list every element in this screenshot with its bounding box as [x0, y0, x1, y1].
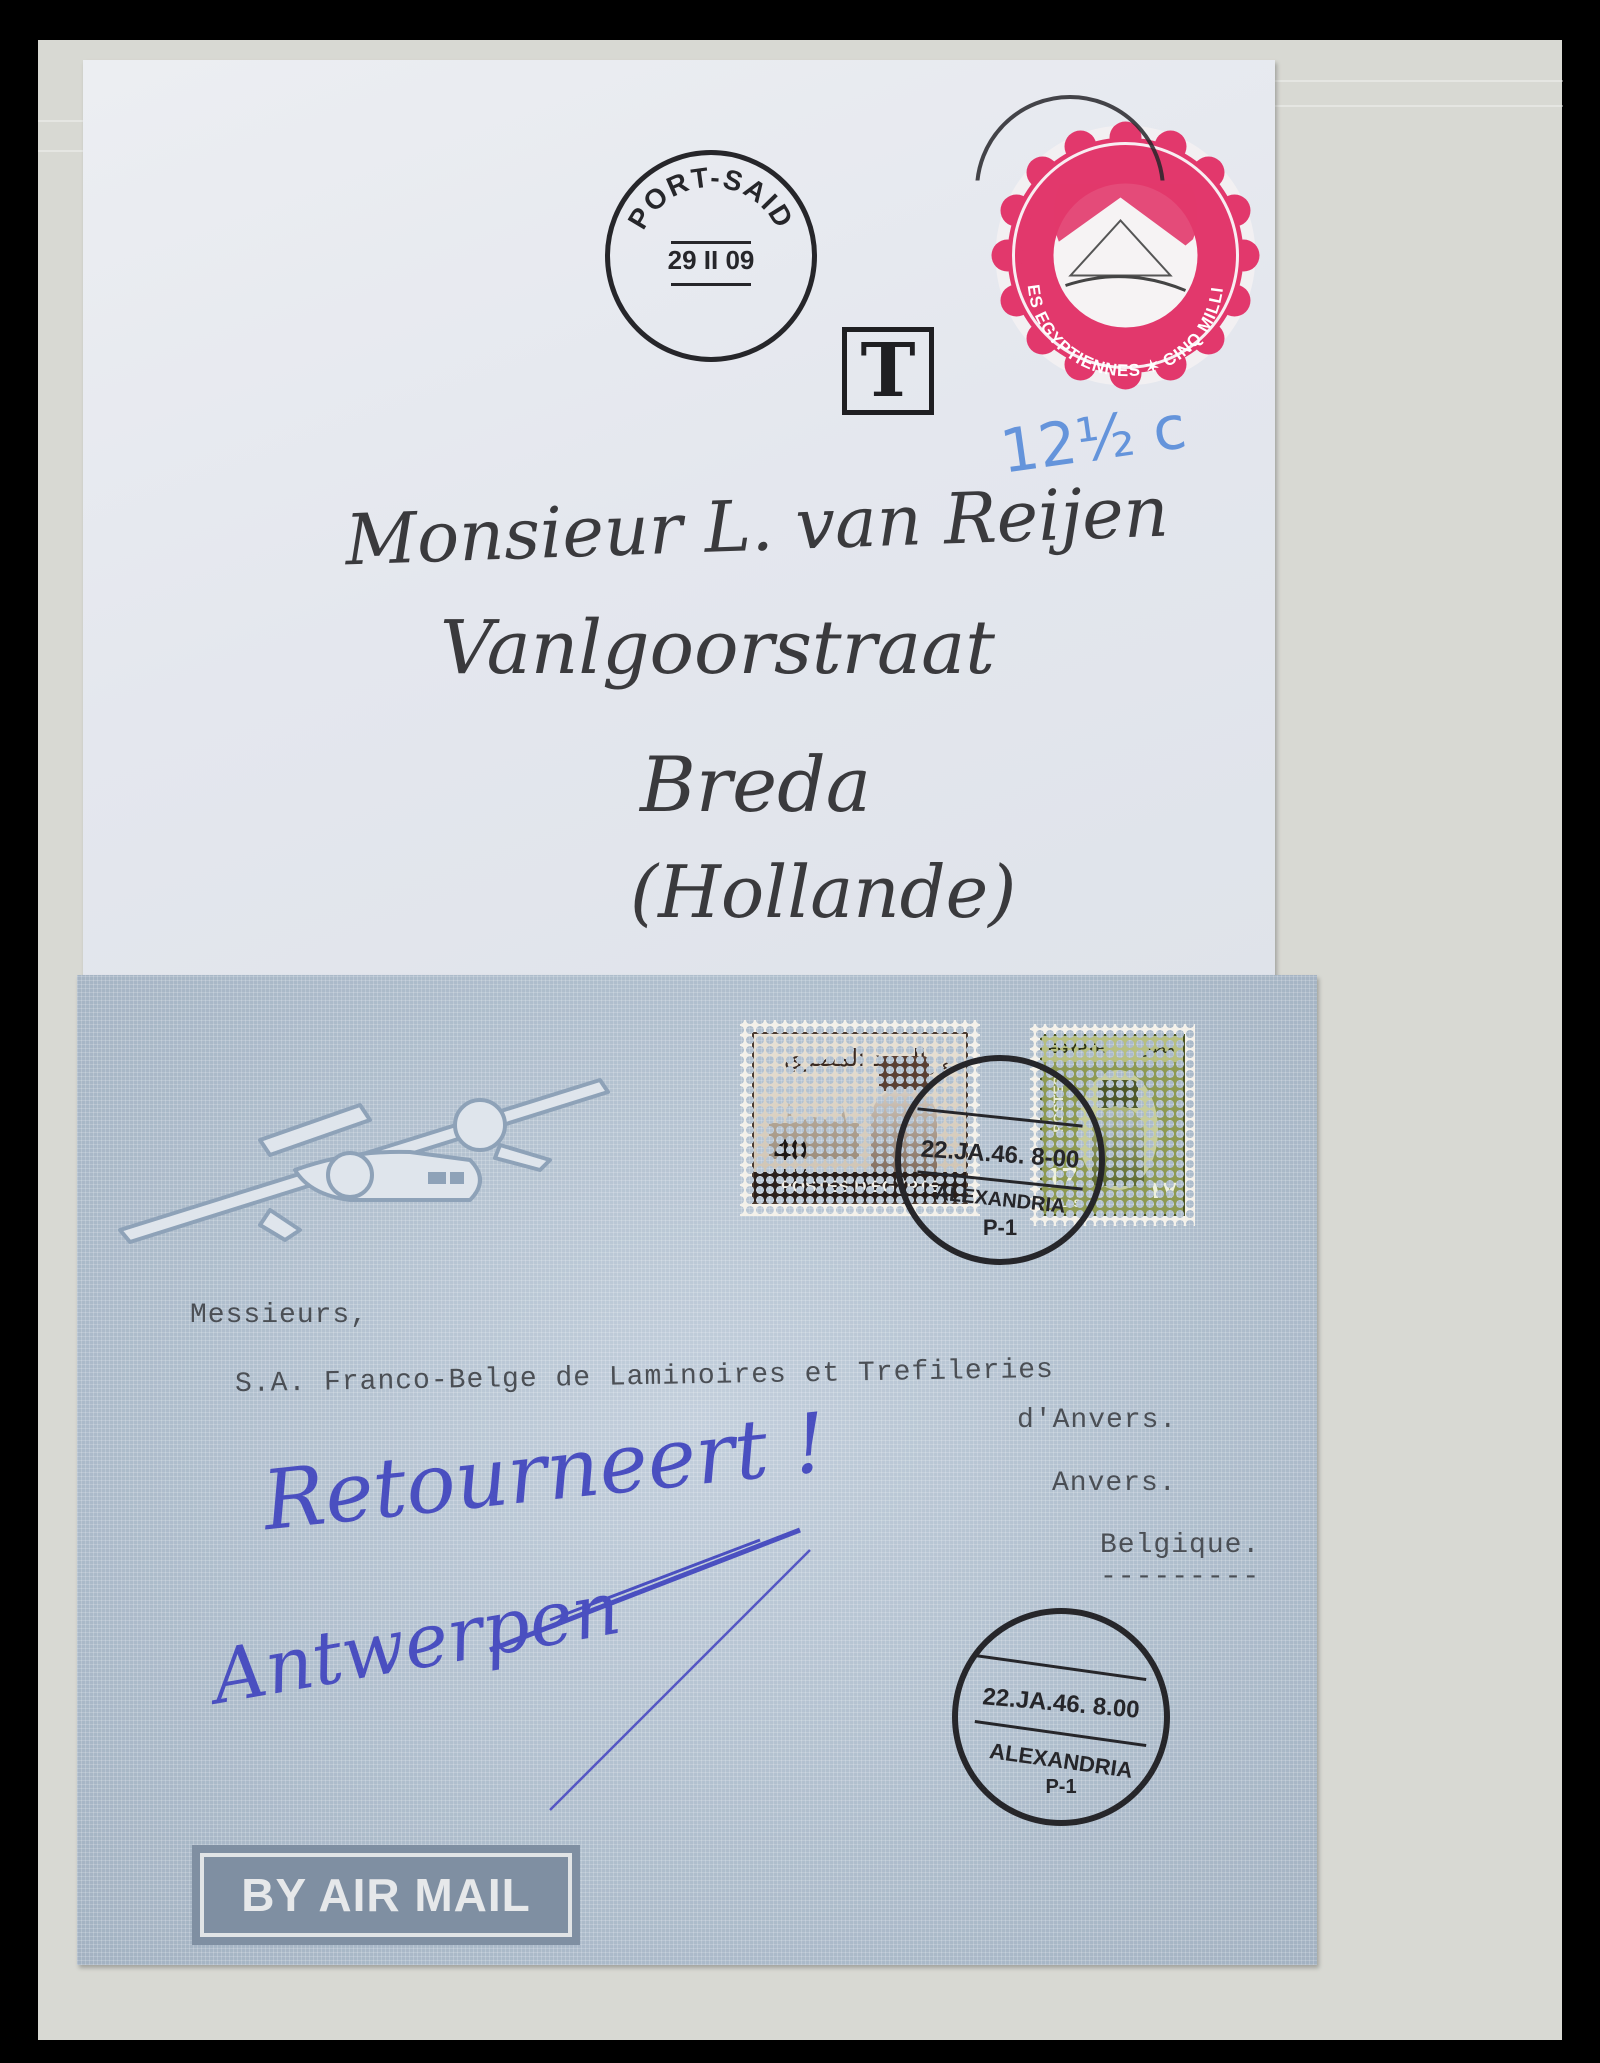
by-air-mail-label: BY AIR MAIL [192, 1845, 580, 1945]
postmark-bar [671, 283, 752, 286]
postmark-code: P-1 [901, 1215, 1099, 1241]
typed-salutation: Messieurs, [190, 1300, 368, 1331]
typed-address-line-2: d'Anvers. [1017, 1405, 1177, 1436]
address-line-3: Breda [640, 740, 871, 829]
postmark-date: 29 II 09 [610, 245, 812, 276]
stamp-country: EGYPTE [1048, 1040, 1105, 1056]
postmark-bar [671, 241, 752, 244]
postmark-date: 22.JA.46. 8.00 [957, 1681, 1165, 1727]
manuscript-strike-lines [430, 1480, 830, 1830]
address-line-2: Vanlgoorstraat [440, 605, 995, 691]
postmark-bar [975, 1654, 1147, 1681]
portrait-fez [879, 1056, 929, 1091]
address-line-4: (Hollande) [630, 850, 1016, 934]
typed-address-line-4: Belgique. [1100, 1530, 1260, 1561]
tax-t-mark: T [842, 327, 934, 415]
alexandria-postmark: 22.JA.46. 8.00 ALEXANDRIA P-1 [952, 1608, 1170, 1826]
postmark-code: P-1 [958, 1776, 1164, 1799]
airplane-illustration [110, 1060, 630, 1250]
page-groove [38, 150, 88, 152]
stamp-arabic-value: ١٧ [1148, 1176, 1177, 1204]
page-groove [1273, 80, 1563, 82]
portrait-fez [1098, 1080, 1138, 1108]
typed-address-underline: --------- [1100, 1562, 1260, 1593]
postmark-bar [917, 1107, 1083, 1127]
svg-text:PORT-SAID: PORT-SAID [622, 162, 801, 235]
alexandria-postmark-on-stamps: 22.JA.46. 8-00 ALEXANDRIA P-1 [895, 1055, 1105, 1265]
typed-address-line-3: Anvers. [1052, 1468, 1177, 1499]
page-groove [1273, 105, 1563, 107]
airmail-label-text: BY AIR MAIL [200, 1853, 572, 1937]
stamp-arabic-country: مصر [1144, 1038, 1175, 1057]
postmark-date: 22.JA.46. 8-00 [900, 1134, 1099, 1176]
page-groove [38, 120, 88, 122]
stamp-value: 40 [774, 1134, 807, 1168]
port-said-postmark: PORT-SAID 29 II 09 [605, 150, 817, 362]
